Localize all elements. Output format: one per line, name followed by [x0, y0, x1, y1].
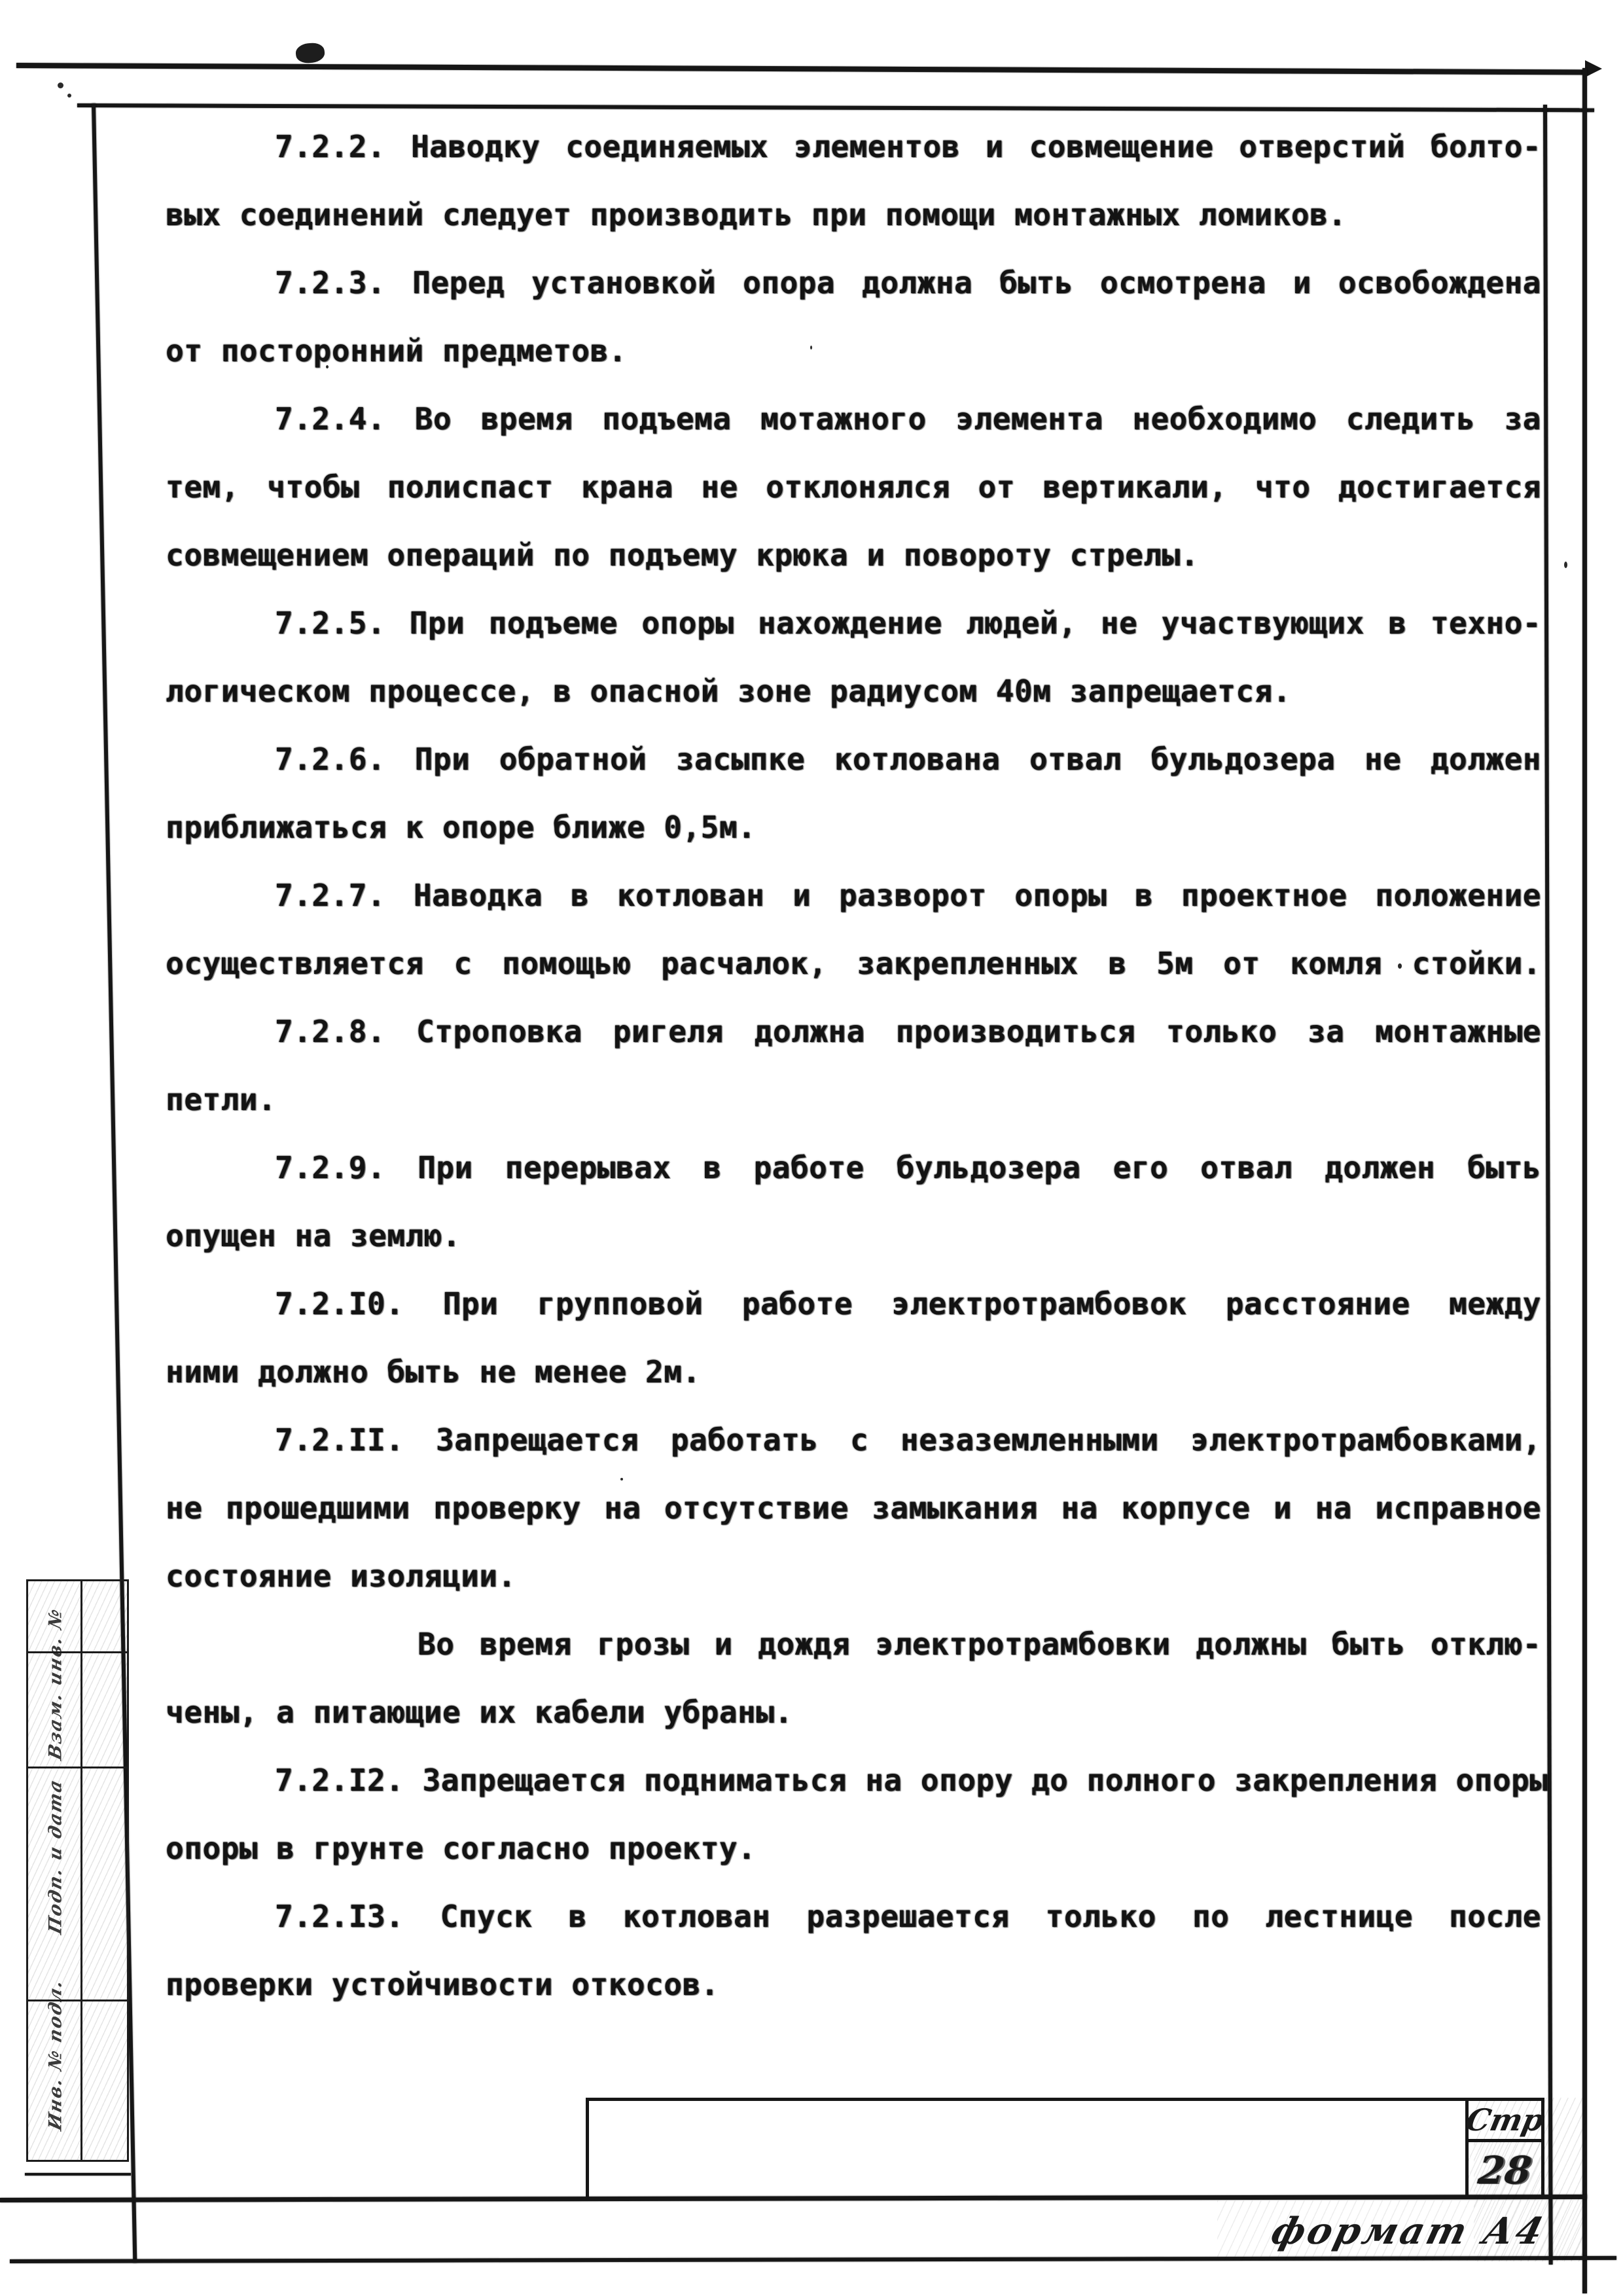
frame-right-outer-border	[1582, 68, 1587, 2293]
text-line: логическом процессе, в опасной зоне ради…	[166, 657, 1541, 725]
stamp-strip-extra-line	[25, 2173, 131, 2176]
text-line: проверки устойчивости откосов.	[166, 1950, 1541, 2018]
frame-top-outer-line	[16, 63, 1590, 75]
title-block: Стр 28	[586, 2098, 1544, 2199]
text-line: 7.2.5. При подъеме опоры нахождение люде…	[166, 589, 1541, 657]
text-line: не прошедшими проверку на отсутствие зам…	[166, 1474, 1541, 1542]
page-label-cell: Стр	[1469, 2101, 1541, 2142]
text-line: 7.2.II. Запрещается работать с незаземле…	[166, 1406, 1541, 1474]
text-line: 7.2.7. Наводка в котлован и разворот опо…	[166, 861, 1541, 929]
text-line: от посторонний предметов.	[166, 317, 1541, 385]
text-line: опоры в грунте согласно проекту.	[166, 1814, 1541, 1882]
text-line: совмещением операций по подъему крюка и …	[166, 521, 1541, 589]
text-line: петли.	[166, 1066, 1541, 1134]
text-line: приближаться к опоре ближе 0,5м.	[166, 793, 1541, 861]
page-number: 28	[1476, 2148, 1534, 2193]
text-line: 7.2.8. Строповка ригеля должна производи…	[166, 997, 1541, 1066]
stamp-cell-divider	[80, 1768, 82, 2000]
text-line: опущен на землю.	[166, 1202, 1541, 1270]
page-number-box: 28	[1469, 2142, 1541, 2198]
text-line: 7.2.9. При перерывах в работе бульдозера…	[166, 1134, 1541, 1202]
stamp-cell: Подп. и дата	[28, 1768, 127, 2001]
stamp-cell-label: Инв. № подл.	[46, 2023, 66, 2133]
scan-smudge	[295, 42, 326, 64]
text-line: 7.2.2. Наводку соединяемых элементов и с…	[166, 113, 1541, 181]
page-number-cell: Стр 28	[1465, 2101, 1541, 2199]
stamp-cell-divider	[80, 1653, 82, 1767]
scan-speck	[67, 94, 71, 98]
stamp-cell-label: Взам. инв. №	[46, 1652, 66, 1762]
page-label: Стр	[1463, 2102, 1547, 2138]
scanned-document-page: 7.2.2. Наводку соединяемых элементов и с…	[0, 0, 1623, 2296]
stamp-cell: Взам. инв. №	[28, 1653, 127, 1768]
stamp-cell	[28, 1581, 127, 1653]
text-line: 7.2.4. Во время подъема мотажного элемен…	[166, 385, 1541, 453]
stamp-cell-divider	[80, 2001, 82, 2160]
format-note: формат А4	[1204, 2204, 1551, 2258]
frame-top-inner-line	[77, 103, 1594, 112]
document-body: 7.2.2. Наводку соединяемых элементов и с…	[166, 113, 1541, 2018]
text-line: 7.2.I3. Спуск в котлован разрешается тол…	[166, 1882, 1541, 1950]
frame-right-inner-border	[1543, 105, 1553, 2265]
text-line: 7.2.I2. Запрещается подниматься на опору…	[166, 1746, 1541, 1814]
text-line: чены, а питающие их кабели убраны.	[166, 1678, 1541, 1746]
stamp-cell-divider	[80, 1581, 82, 1651]
text-line: Во время грозы и дождя электротрамбовки …	[166, 1610, 1541, 1678]
stamp-cell: Инв. № подл.	[28, 2001, 127, 2160]
scan-speck	[58, 82, 63, 88]
stamp-strip: Взам. инв. №Подп. и датаИнв. № подл.	[26, 1579, 129, 2162]
text-line: осуществляется с помощью расчалок, закре…	[166, 929, 1541, 997]
text-line: 7.2.3. Перед установкой опора должна быт…	[166, 249, 1541, 317]
frame-top-right-arrow-icon	[1585, 60, 1602, 77]
text-line: состояние изоляции.	[166, 1542, 1541, 1610]
text-line: 7.2.6. При обратной засыпке котлована от…	[166, 725, 1541, 793]
text-line: вых соединений следует производить при п…	[166, 181, 1541, 249]
stamp-cell-label: Подп. и дата	[46, 1826, 66, 1936]
scan-speck	[1564, 562, 1567, 568]
text-line: ними должно быть не менее 2м.	[166, 1338, 1541, 1406]
text-line: 7.2.I0. При групповой работе электротрам…	[166, 1270, 1541, 1338]
text-line: тем, чтобы полиспаст крана не отклонялся…	[166, 453, 1541, 521]
